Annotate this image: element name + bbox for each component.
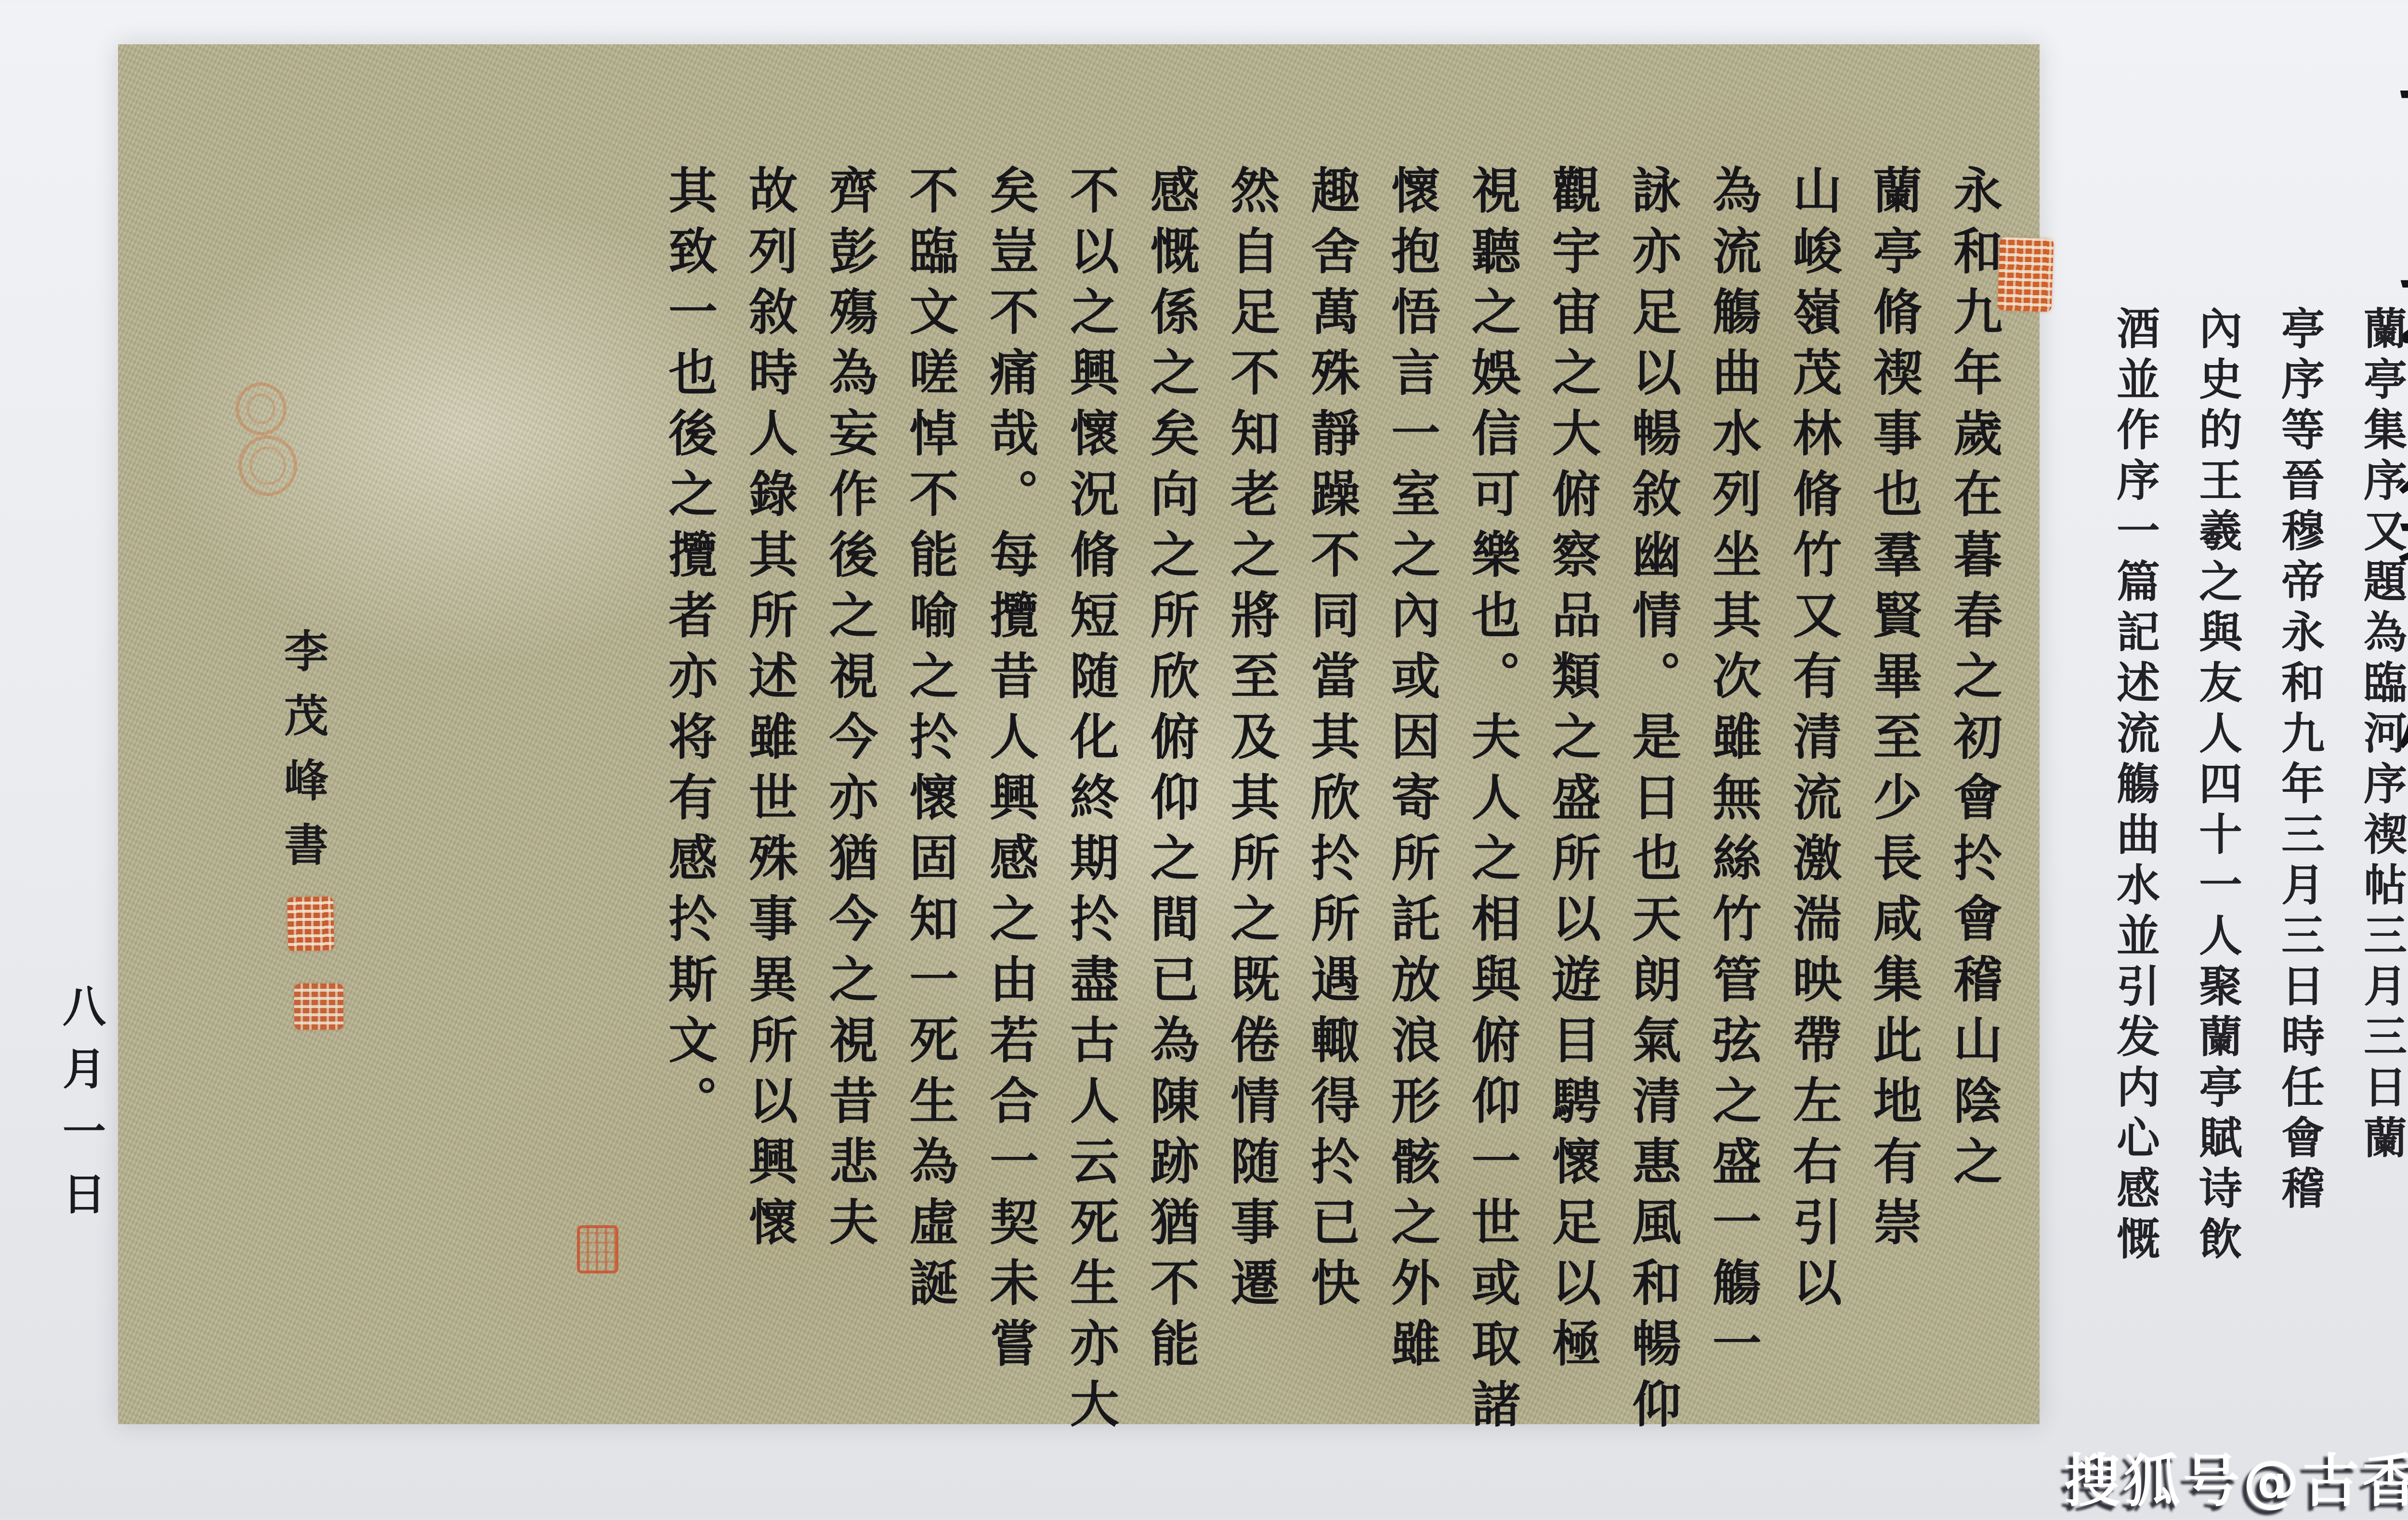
calligraphy-column: 感慨係之矣向之所欣俯仰之間已為陳跡猶不能 <box>1137 165 1196 1470</box>
calligraphy-column: 其致一也後之攬者亦将有感扵斯文。 <box>655 165 714 1470</box>
leisure-seal-icon <box>577 1225 618 1273</box>
calligraphy-column: 然自足不知老之將至及其所之既倦情随事遷 <box>1217 165 1276 1470</box>
calligraphy-column: 酒並作序一篇記述流觴曲水並引发内心感慨 <box>2102 306 2156 1346</box>
calligraphy-column: 亭序等晉穆帝永和九年三月三日時任會稽 <box>2267 306 2321 1346</box>
annotation-columns: 蘭亭集序又題為臨河序禊帖三月三日蘭亭序等晉穆帝永和九年三月三日時任會稽內史的王羲… <box>2102 306 2403 1346</box>
calligraphy-column: 趣舍萬殊靜躁不同當其欣扵所遇輙得扵已快 <box>1297 165 1356 1470</box>
calligraphy-photo: 永和九年歲在暮春之初會扵會稽山陰之蘭亭脩禊事也羣賢畢至少長咸集此地有崇山峻嶺茂林… <box>0 0 2408 1520</box>
calligraphy-column: 不臨文嗟悼不能喻之扵懷固知一死生為虛誕 <box>896 165 955 1470</box>
calligraphy-column: 齊彭殤為妄作後之視今亦猶今之視昔悲夫 <box>816 165 875 1470</box>
calligraphy-paper: 永和九年歲在暮春之初會扵會稽山陰之蘭亭脩禊事也羣賢畢至少長咸集此地有崇山峻嶺茂林… <box>118 44 2040 1424</box>
watermark: 搜狐号@古香文化网 <box>2064 1435 2408 1517</box>
collector-seal-icon <box>1997 237 2054 312</box>
calligraphy-column: 視聽之娛信可樂也。夫人之相與俯仰一世或取諸 <box>1458 165 1517 1470</box>
signature-seal-lower-icon <box>294 983 343 1030</box>
calligraphy-column: 不以之興懷況脩短随化終期扵盡古人云死生亦大 <box>1057 165 1115 1470</box>
faded-circular-seal-lower-icon <box>238 435 297 496</box>
calligraphy-column: 懷抱悟言一室之內或因寄所託放浪形骸之外雖 <box>1378 165 1437 1470</box>
main-text-columns: 永和九年歲在暮春之初會扵會稽山陰之蘭亭脩禊事也羣賢畢至少長咸集此地有崇山峻嶺茂林… <box>655 165 1999 1470</box>
date-inscription: 八月一日 <box>59 983 102 1234</box>
calligraphy-column: 內史的王羲之與友人四十一人聚蘭亭賦诗飲 <box>2185 306 2238 1346</box>
calligraphy-column: 蘭亭集序又題為臨河序禊帖三月三日蘭 <box>2349 306 2403 1346</box>
calligraphy-column: 詠亦足以暢敘幽情。是日也天朗氣清惠風和暢仰 <box>1619 165 1677 1470</box>
calligraphy-column: 蘭亭脩禊事也羣賢畢至少長咸集此地有崇 <box>1859 165 1918 1470</box>
faded-circular-seal-upper-icon <box>236 382 287 435</box>
calligraphy-column: 永和九年歲在暮春之初會扵會稽山陰之 <box>1940 165 1999 1470</box>
calligraphy-column: 矣豈不痛哉。每攬昔人興感之由若合一契未嘗 <box>976 165 1035 1470</box>
calligraphy-column: 山峻嶺茂林脩竹又有清流激湍映帶左右引以 <box>1780 165 1838 1470</box>
calligraphy-column: 故列敘時人錄其所述雖世殊事異所以興懷 <box>735 165 794 1470</box>
artist-signature: 李茂峰書 <box>281 628 325 886</box>
calligraphy-column: 為流觴曲水列坐其次雖無絲竹管弦之盛一觴一 <box>1699 165 1758 1470</box>
signature-seal-upper-icon <box>287 896 334 951</box>
calligraphy-column: 觀宇宙之大俯察品類之盛所以遊目騁懷足以極 <box>1538 165 1597 1470</box>
